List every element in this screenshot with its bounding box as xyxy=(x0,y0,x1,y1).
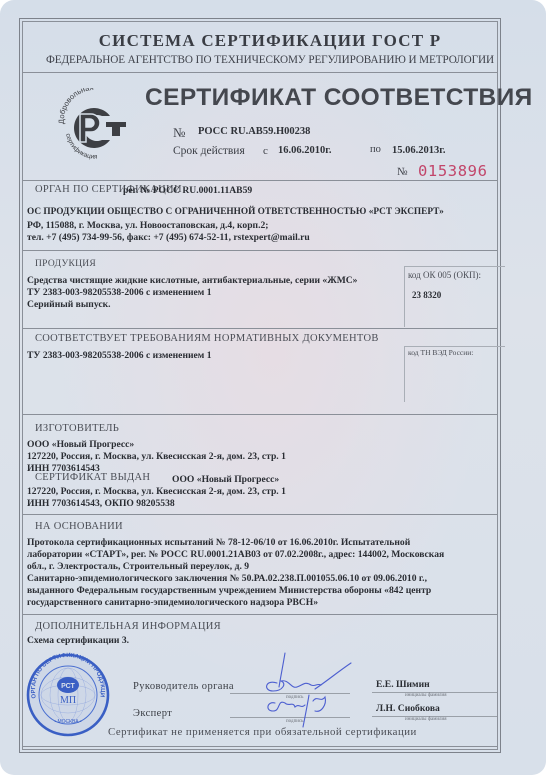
certification-body-line: РФ, 115088, г. Москва, ул. Новоостаповск… xyxy=(27,220,268,231)
section-divider xyxy=(23,328,497,329)
system-title: СИСТЕМА СЕРТИФИКАЦИИ ГОСТ Р xyxy=(0,31,540,51)
section-divider xyxy=(23,250,497,251)
basis-line: Протокола сертификационных испытаний № 7… xyxy=(27,537,410,548)
expert-label: Эксперт xyxy=(133,708,172,719)
serial-number: 0153896 xyxy=(418,162,488,180)
seal-city: • МОСКВА • xyxy=(54,719,82,725)
header-divider xyxy=(23,72,497,73)
normative-heading: СООТВЕТСТВУЕТ ТРЕБОВАНИЯМ НОРМАТИВНЫХ ДО… xyxy=(35,333,379,344)
okp-code-value: 23 8320 xyxy=(412,290,441,300)
seal-center-text: МП xyxy=(60,695,76,706)
document-title: СЕРТИФИКАТ СООТВЕТСТВИЯ xyxy=(145,84,533,112)
product-line: Серийный выпуск. xyxy=(27,299,111,310)
issued-to-name: ООО «Новый Прогресс» xyxy=(172,474,279,485)
expert-name-hint: инициалы фамилия xyxy=(405,717,447,722)
manufacturer-line: ООО «Новый Прогресс» xyxy=(27,439,134,450)
valid-to-prefix: по xyxy=(370,144,381,155)
certification-body-registration: рег. № РОСС RU.0001.11АВ59 xyxy=(123,185,252,196)
certificate-number-label: № xyxy=(173,125,185,141)
basis-line: лаборатории «СТАРТ», рег. № РОСС RU.0001… xyxy=(27,549,444,560)
head-of-body-name: Е.Е. Шимин xyxy=(376,679,430,690)
rst-voluntary-certification-logo-icon: Добровольная сертификация xyxy=(54,88,136,160)
product-heading: ПРОДУКЦИЯ xyxy=(35,259,96,269)
disclaimer-text: Сертификат не применяется при обязательн… xyxy=(108,726,417,738)
bottom-divider xyxy=(23,746,497,747)
certificate-page: СИСТЕМА СЕРТИФИКАЦИИ ГОСТ Р ФЕДЕРАЛЬНОЕ … xyxy=(0,0,546,775)
section-divider xyxy=(23,180,497,181)
expert-name: Л.Н. Сиобкова xyxy=(376,703,440,714)
basis-line: Санитарно-эпидемиологического заключения… xyxy=(27,573,427,584)
issued-to-line: ИНН 7703614543, ОКПО 98205538 xyxy=(27,498,175,509)
head-name-hint: инициалы фамилия xyxy=(405,693,447,698)
manufacturer-heading: ИЗГОТОВИТЕЛЬ xyxy=(35,423,119,434)
serial-number-label: № xyxy=(397,166,408,178)
basis-line: обл., г. Электросталь, Строительный пере… xyxy=(27,561,249,572)
certification-body-line: ОС ПРОДУКЦИИ ОБЩЕСТВО С ОГРАНИЧЕННОЙ ОТВ… xyxy=(27,207,444,217)
okp-code-label: код ОК 005 (ОКП): xyxy=(408,270,481,280)
section-divider xyxy=(23,414,497,415)
additional-info-heading: ДОПОЛНИТЕЛЬНАЯ ИНФОРМАЦИЯ xyxy=(35,621,221,632)
certificate-number: РОСС RU.АВ59.Н00238 xyxy=(198,126,310,137)
valid-to-date: 15.06.2013г. xyxy=(392,145,445,156)
issued-to-heading: СЕРТИФИКАТ ВЫДАН xyxy=(35,472,150,483)
section-divider xyxy=(23,614,497,615)
product-line: Средства чистящие жидкие кислотные, анти… xyxy=(27,275,357,286)
product-line: ТУ 2383-003-98205538-2006 с изменением 1 xyxy=(27,287,212,298)
basis-line: выданного Федеральным государственным уч… xyxy=(27,585,431,596)
section-divider xyxy=(23,514,497,515)
manufacturer-line: 127220, Россия, г. Москва, ул. Квесисска… xyxy=(27,451,286,462)
valid-from-date: 16.06.2010г. xyxy=(278,145,331,156)
agency-name: ФЕДЕРАЛЬНОЕ АГЕНТСТВО ПО ТЕХНИЧЕСКОМУ РЕ… xyxy=(0,54,540,66)
normative-line: ТУ 2383-003-98205538-2006 с изменением 1 xyxy=(27,350,212,361)
basis-heading: НА ОСНОВАНИИ xyxy=(35,521,123,532)
validity-label: Срок действия xyxy=(173,145,245,157)
head-of-body-label: Руководитель органа xyxy=(133,681,234,692)
certification-body-seal-icon: ОРГАН ПО СЕРТИФИКАЦИИ ПРОДУКЦИИ РСТ МП •… xyxy=(22,643,112,748)
basis-line: государственного санитарно-эпидемиологич… xyxy=(27,597,318,608)
certification-body-line: тел. +7 (495) 734-99-56, факс: +7 (495) … xyxy=(27,232,310,243)
handwritten-signatures-icon xyxy=(255,645,365,730)
svg-text:РСТ: РСТ xyxy=(61,683,75,690)
tnved-code-label: код ТН ВЭД России: xyxy=(408,348,473,357)
valid-from-prefix: с xyxy=(263,145,268,157)
issued-to-line: 127220, Россия, г. Москва, ул. Квесисска… xyxy=(27,486,286,497)
